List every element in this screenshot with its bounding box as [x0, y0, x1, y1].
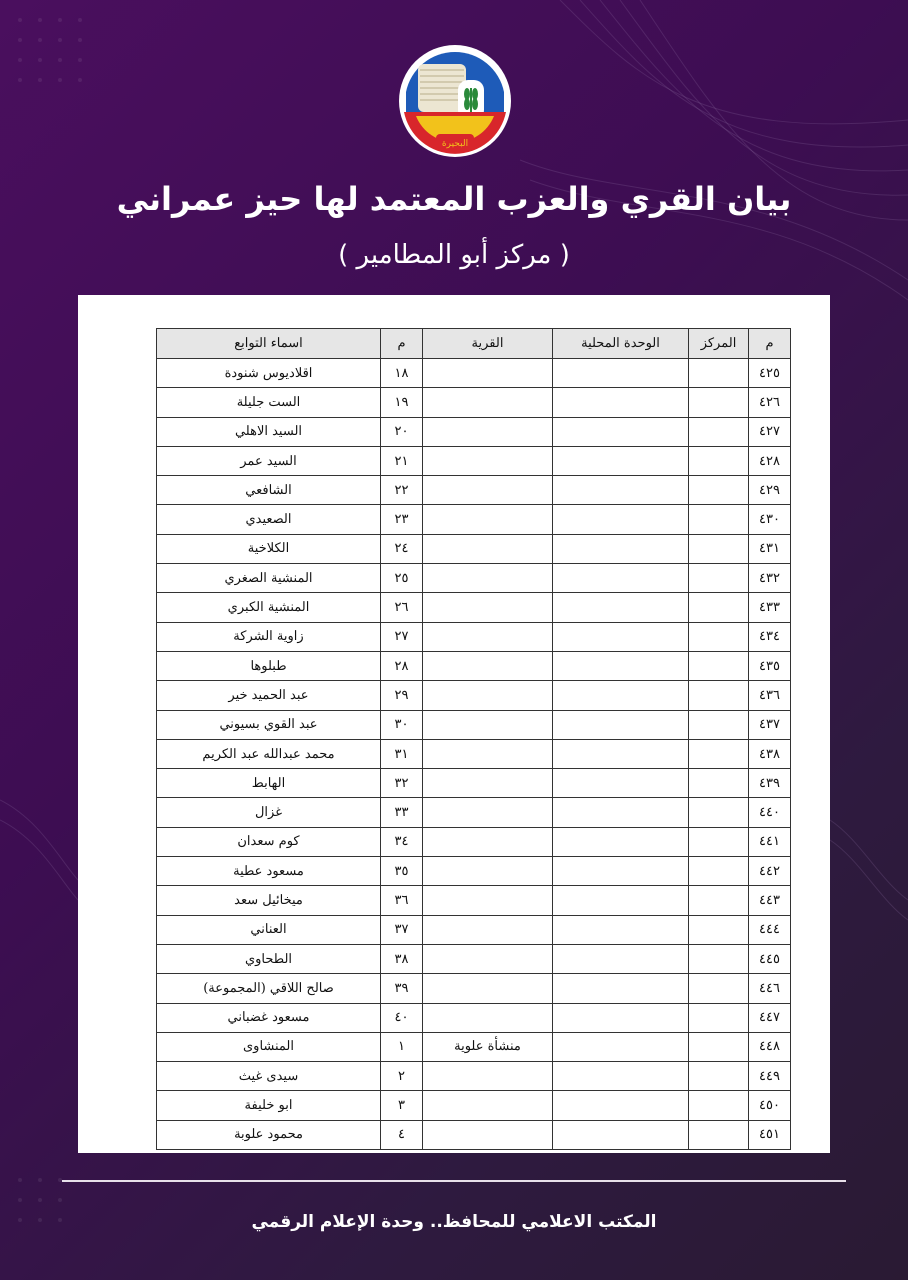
villages-table: م المركز الوحدة المحلية القرية م اسماء ا… [156, 328, 791, 1150]
cell-sub-serial: ٢٥ [381, 564, 423, 593]
cell-local-unit [553, 974, 689, 1003]
cell-local-unit [553, 1003, 689, 1032]
cell-local-unit [553, 827, 689, 856]
cell-dependency-name: غزال [157, 798, 381, 827]
table-row: ٤٣٨٣١محمد عبدالله عبد الكريم [157, 739, 791, 768]
cell-markaz [689, 798, 749, 827]
table-row: ٤٢٦١٩الست جليلة [157, 388, 791, 417]
cell-dependency-name: المنشية الصغري [157, 564, 381, 593]
cell-sub-serial: ١٩ [381, 388, 423, 417]
cell-markaz [689, 974, 749, 1003]
cell-dependency-name: الصعيدي [157, 505, 381, 534]
header-local-unit: الوحدة المحلية [553, 329, 689, 359]
cell-sub-serial: ٣٩ [381, 974, 423, 1003]
cell-village [423, 446, 553, 475]
cell-serial: ٤٣٤ [749, 622, 791, 651]
cell-local-unit [553, 1120, 689, 1149]
cell-sub-serial: ٣٦ [381, 886, 423, 915]
cell-serial: ٤٤٩ [749, 1062, 791, 1091]
cell-serial: ٤٢٦ [749, 388, 791, 417]
table-row: ٤٣٦٢٩عبد الحميد خير [157, 681, 791, 710]
cell-sub-serial: ١٨ [381, 359, 423, 388]
page-subtitle: ( مركز أبو المطامير ) [0, 240, 908, 270]
cell-serial: ٤٤٣ [749, 886, 791, 915]
cell-local-unit [553, 1062, 689, 1091]
table-row: ٤٢٧٢٠السيد الاهلي [157, 417, 791, 446]
cell-dependency-name: مسعود عطية [157, 857, 381, 886]
cell-local-unit [553, 476, 689, 505]
cell-serial: ٤٣٥ [749, 651, 791, 680]
cell-village [423, 886, 553, 915]
table-row: ٤٣١٢٤الكلاخية [157, 534, 791, 563]
cell-markaz [689, 1032, 749, 1061]
cell-markaz [689, 739, 749, 768]
governorate-logo: البحيرة [396, 42, 514, 160]
cell-village: منشأة علوية [423, 1032, 553, 1061]
cell-local-unit [553, 857, 689, 886]
cell-sub-serial: ٣٥ [381, 857, 423, 886]
cell-dependency-name: الشافعي [157, 476, 381, 505]
cell-markaz [689, 651, 749, 680]
cell-serial: ٤٣٧ [749, 710, 791, 739]
cell-local-unit [553, 564, 689, 593]
cell-dependency-name: الطحاوي [157, 944, 381, 973]
header-village: القرية [423, 329, 553, 359]
cell-sub-serial: ٢٧ [381, 622, 423, 651]
cell-sub-serial: ٢٦ [381, 593, 423, 622]
cell-local-unit [553, 388, 689, 417]
cell-local-unit [553, 593, 689, 622]
table-header-row: م المركز الوحدة المحلية القرية م اسماء ا… [157, 329, 791, 359]
cell-dependency-name: كوم سعدان [157, 827, 381, 856]
cell-serial: ٤٤٧ [749, 1003, 791, 1032]
cell-sub-serial: ٣٤ [381, 827, 423, 856]
cell-markaz [689, 886, 749, 915]
cell-local-unit [553, 739, 689, 768]
table-row: ٤٤٣٣٦ميخائيل سعد [157, 886, 791, 915]
cell-village [423, 944, 553, 973]
cell-village [423, 534, 553, 563]
cell-serial: ٤٤٢ [749, 857, 791, 886]
cell-local-unit [553, 769, 689, 798]
cell-sub-serial: ٢٨ [381, 651, 423, 680]
cell-sub-serial: ٣١ [381, 739, 423, 768]
cell-dependency-name: عبد القوي بسيوني [157, 710, 381, 739]
cell-local-unit [553, 886, 689, 915]
cell-local-unit [553, 622, 689, 651]
cell-dependency-name: محمود علوبة [157, 1120, 381, 1149]
cell-serial: ٤٥٠ [749, 1091, 791, 1120]
cell-markaz [689, 476, 749, 505]
cell-sub-serial: ٢ [381, 1062, 423, 1091]
cell-markaz [689, 710, 749, 739]
cell-village [423, 388, 553, 417]
cell-dependency-name: عبد الحميد خير [157, 681, 381, 710]
cell-dependency-name: الكلاخية [157, 534, 381, 563]
cell-sub-serial: ٣٨ [381, 944, 423, 973]
table-row: ٤٤٠٣٣غزال [157, 798, 791, 827]
cell-sub-serial: ٣٣ [381, 798, 423, 827]
cell-village [423, 417, 553, 446]
cell-sub-serial: ٣٢ [381, 769, 423, 798]
table-row: ٤٢٨٢١السيد عمر [157, 446, 791, 475]
cell-serial: ٤٣٨ [749, 739, 791, 768]
cell-sub-serial: ٢٠ [381, 417, 423, 446]
cell-markaz [689, 769, 749, 798]
cell-serial: ٤٤٠ [749, 798, 791, 827]
cell-serial: ٤٢٧ [749, 417, 791, 446]
page-title: بيان القري والعزب المعتمد لها حيز عمراني [0, 180, 908, 218]
cell-village [423, 681, 553, 710]
cell-markaz [689, 564, 749, 593]
cell-serial: ٤٤١ [749, 827, 791, 856]
cell-markaz [689, 1003, 749, 1032]
cell-local-unit [553, 505, 689, 534]
cell-serial: ٤٣١ [749, 534, 791, 563]
cell-village [423, 651, 553, 680]
cell-dependency-name: طبلوها [157, 651, 381, 680]
cell-markaz [689, 944, 749, 973]
cell-serial: ٤٢٥ [749, 359, 791, 388]
cell-sub-serial: ٢٣ [381, 505, 423, 534]
cell-markaz [689, 388, 749, 417]
header-markaz: المركز [689, 329, 749, 359]
table-row: ٤٣٢٢٥المنشية الصغري [157, 564, 791, 593]
cell-village [423, 593, 553, 622]
cell-village [423, 476, 553, 505]
cell-village [423, 739, 553, 768]
cell-local-unit [553, 710, 689, 739]
cell-sub-serial: ٣ [381, 1091, 423, 1120]
cell-serial: ٤٣٣ [749, 593, 791, 622]
cell-village [423, 1062, 553, 1091]
cell-markaz [689, 681, 749, 710]
cell-local-unit [553, 681, 689, 710]
cell-local-unit [553, 651, 689, 680]
cell-local-unit [553, 446, 689, 475]
cell-village [423, 564, 553, 593]
cell-serial: ٤٤٦ [749, 974, 791, 1003]
cell-sub-serial: ٢٩ [381, 681, 423, 710]
cell-dependency-name: محمد عبدالله عبد الكريم [157, 739, 381, 768]
table-row: ٤٤٥٣٨الطحاوي [157, 944, 791, 973]
cell-markaz [689, 827, 749, 856]
cell-markaz [689, 505, 749, 534]
document-sheet: م المركز الوحدة المحلية القرية م اسماء ا… [78, 295, 830, 1153]
cell-dependency-name: اقلاديوس شنودة [157, 359, 381, 388]
header-serial: م [749, 329, 791, 359]
cell-markaz [689, 622, 749, 651]
cell-serial: ٤٣٩ [749, 769, 791, 798]
cell-sub-serial: ١ [381, 1032, 423, 1061]
cell-village [423, 710, 553, 739]
cell-dependency-name: الهابط [157, 769, 381, 798]
cell-serial: ٤٤٤ [749, 915, 791, 944]
cell-village [423, 798, 553, 827]
cell-local-unit [553, 1032, 689, 1061]
cell-sub-serial: ٤ [381, 1120, 423, 1149]
cell-dependency-name: مسعود غضباني [157, 1003, 381, 1032]
cell-local-unit [553, 1091, 689, 1120]
table-row: ٤٤٦٣٩صالح اللاقي (المجموعة) [157, 974, 791, 1003]
header-sub-serial: م [381, 329, 423, 359]
table-row: ٤٤١٣٤كوم سعدان [157, 827, 791, 856]
table-row: ٤٢٩٢٢الشافعي [157, 476, 791, 505]
cell-village [423, 505, 553, 534]
cell-markaz [689, 1120, 749, 1149]
cell-village [423, 915, 553, 944]
cell-local-unit [553, 915, 689, 944]
cell-dependency-name: المنشية الكبري [157, 593, 381, 622]
cell-markaz [689, 1091, 749, 1120]
cell-serial: ٤٣٦ [749, 681, 791, 710]
header-dependencies: اسماء التوابع [157, 329, 381, 359]
cell-serial: ٤٤٥ [749, 944, 791, 973]
table-row: ٤٣٩٣٢الهابط [157, 769, 791, 798]
cell-serial: ٤٣٠ [749, 505, 791, 534]
cell-serial: ٤٤٨ [749, 1032, 791, 1061]
cell-markaz [689, 915, 749, 944]
cell-sub-serial: ٢٤ [381, 534, 423, 563]
cell-village [423, 1120, 553, 1149]
cell-dependency-name: صالح اللاقي (المجموعة) [157, 974, 381, 1003]
cell-sub-serial: ٣٧ [381, 915, 423, 944]
cell-village [423, 827, 553, 856]
cell-dependency-name: ميخائيل سعد [157, 886, 381, 915]
table-row: ٤٥٠٣ابو خليفة [157, 1091, 791, 1120]
cell-serial: ٤٢٩ [749, 476, 791, 505]
cell-village [423, 1003, 553, 1032]
cell-sub-serial: ٣٠ [381, 710, 423, 739]
cell-village [423, 769, 553, 798]
cell-dependency-name: العناني [157, 915, 381, 944]
table-row: ٤٤٢٣٥مسعود عطية [157, 857, 791, 886]
cell-dependency-name: السيد عمر [157, 446, 381, 475]
table-row: ٤٣٣٢٦المنشية الكبري [157, 593, 791, 622]
table-row: ٤٣٠٢٣الصعيدي [157, 505, 791, 534]
cell-local-unit [553, 359, 689, 388]
footer-credit: المكتب الاعلامي للمحافظ.. وحدة الإعلام ا… [0, 1212, 908, 1232]
footer-divider [62, 1180, 846, 1182]
cell-dependency-name: السيد الاهلي [157, 417, 381, 446]
table-row: ٤٤٧٤٠مسعود غضباني [157, 1003, 791, 1032]
cell-village [423, 622, 553, 651]
table-row: ٤٤٨منشأة علوية١المنشاوى [157, 1032, 791, 1061]
cell-sub-serial: ٢١ [381, 446, 423, 475]
cell-markaz [689, 1062, 749, 1091]
governorate-logo-icon: البحيرة [396, 42, 514, 160]
cell-serial: ٤٢٨ [749, 446, 791, 475]
cell-village [423, 359, 553, 388]
table-row: ٤٥١٤محمود علوبة [157, 1120, 791, 1149]
cell-serial: ٤٥١ [749, 1120, 791, 1149]
cell-serial: ٤٣٢ [749, 564, 791, 593]
cell-local-unit [553, 798, 689, 827]
table-row: ٤٤٤٣٧العناني [157, 915, 791, 944]
table-row: ٤٣٤٢٧زاوية الشركة [157, 622, 791, 651]
cell-sub-serial: ٤٠ [381, 1003, 423, 1032]
cell-local-unit [553, 534, 689, 563]
table-row: ٤٣٧٣٠عبد القوي بسيوني [157, 710, 791, 739]
cell-local-unit [553, 417, 689, 446]
cell-markaz [689, 857, 749, 886]
cell-markaz [689, 446, 749, 475]
cell-markaz [689, 593, 749, 622]
table-row: ٤٤٩٢سيدى غيث [157, 1062, 791, 1091]
svg-text:البحيرة: البحيرة [442, 139, 468, 149]
cell-dependency-name: زاوية الشركة [157, 622, 381, 651]
table-row: ٤٢٥١٨اقلاديوس شنودة [157, 359, 791, 388]
cell-markaz [689, 359, 749, 388]
cell-markaz [689, 417, 749, 446]
cell-dependency-name: المنشاوى [157, 1032, 381, 1061]
cell-sub-serial: ٢٢ [381, 476, 423, 505]
cell-village [423, 1091, 553, 1120]
cell-local-unit [553, 944, 689, 973]
cell-village [423, 857, 553, 886]
table-row: ٤٣٥٢٨طبلوها [157, 651, 791, 680]
cell-village [423, 974, 553, 1003]
cell-markaz [689, 534, 749, 563]
cell-dependency-name: الست جليلة [157, 388, 381, 417]
cell-dependency-name: سيدى غيث [157, 1062, 381, 1091]
cell-dependency-name: ابو خليفة [157, 1091, 381, 1120]
